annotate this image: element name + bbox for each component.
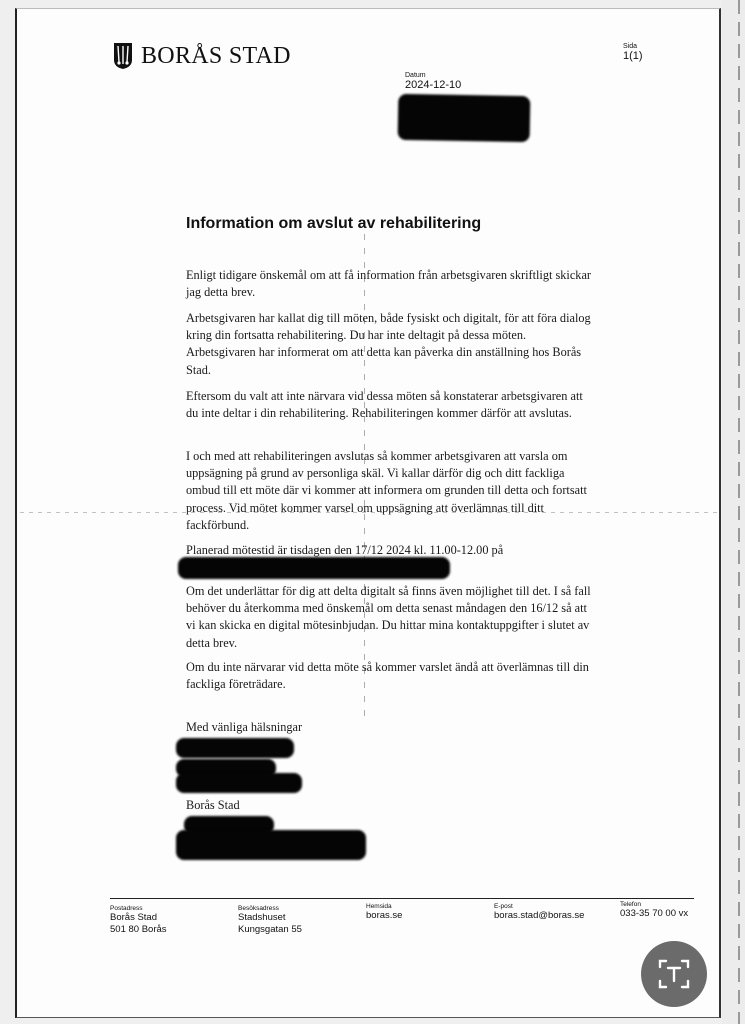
letterhead-logo: BORÅS STAD: [113, 42, 291, 70]
page-value: 1(1): [623, 50, 643, 62]
visit-label: Besöksadress: [238, 905, 302, 912]
org-name: BORÅS STAD: [141, 43, 291, 70]
paragraph-1: Enligt tidigare önskemål om att få infor…: [186, 267, 596, 301]
phone-label: Telefon: [620, 901, 688, 908]
letter-title: Information om avslut av rehabilitering: [186, 215, 481, 233]
footer-web: Hemsida boras.se: [366, 903, 402, 922]
strip-divider: [738, 0, 740, 1024]
paragraph-6: Om du inte närvarar vid detta möte så ko…: [186, 659, 596, 693]
visit-line-2: Kungsgatan 55: [238, 924, 302, 936]
text-scan-icon: [657, 957, 691, 991]
email-label: E-post: [494, 903, 584, 910]
paragraph-4: I och med att rehabiliteringen avslutas …: [186, 448, 596, 534]
redacted-sender-name: [176, 738, 294, 758]
scroll-strip: [722, 0, 745, 1024]
email-value: boras.stad@boras.se: [494, 910, 584, 922]
redacted-contact-2: [176, 830, 366, 860]
coat-of-arms-icon: [113, 42, 133, 70]
footer-phone: Telefon 033-35 70 00 vx: [620, 901, 688, 920]
redacted-sender-dept: [176, 773, 302, 793]
page-indicator: Sida 1(1): [623, 43, 643, 62]
web-label: Hemsida: [366, 903, 402, 910]
date-value: 2024-12-10: [405, 79, 461, 91]
paragraph-5: Om det underlättar för dig att delta dig…: [186, 583, 596, 652]
footer-postal: Postadress Borås Stad 501 80 Borås: [110, 905, 167, 936]
visit-line-1: Stadshuset: [238, 912, 302, 924]
text-recognition-button[interactable]: [641, 941, 707, 1007]
postal-line-1: Borås Stad: [110, 912, 167, 924]
redacted-location: [178, 557, 450, 579]
web-value: boras.se: [366, 910, 402, 922]
redacted-recipient: [398, 94, 531, 142]
phone-value: 033-35 70 00 vx: [620, 908, 688, 920]
postal-line-2: 501 80 Borås: [110, 924, 167, 936]
date-block: Datum 2024-12-10: [405, 72, 461, 91]
signature-org: Borås Stad: [186, 797, 596, 814]
footer-email: E-post boras.stad@boras.se: [494, 903, 584, 922]
date-label: Datum: [405, 72, 461, 79]
page-label: Sida: [623, 43, 643, 50]
footer-divider: [110, 898, 694, 899]
paragraph-2: Arbetsgivaren har kallat dig till möten,…: [186, 310, 596, 379]
closing: Med vänliga hälsningar: [186, 719, 596, 736]
postal-label: Postadress: [110, 905, 167, 912]
paragraph-3: Eftersom du valt att inte närvara vid de…: [186, 388, 596, 422]
footer-visit: Besöksadress Stadshuset Kungsgatan 55: [238, 905, 302, 936]
